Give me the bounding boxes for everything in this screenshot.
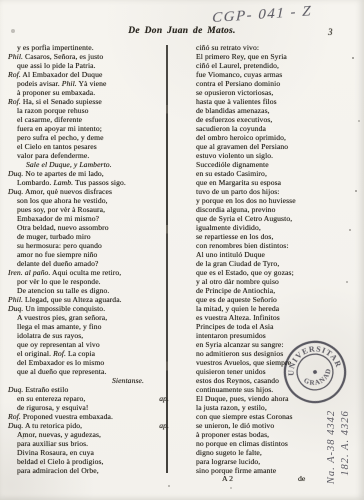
handwritten-side-annotation-1: Na. A-38 4342 [326,391,340,500]
verse-line: su hermosura: pero quando [8,241,170,250]
verse-line: por vèr lo que le responde. [8,277,170,286]
verse-line: se opusieron victoriosas, [196,88,352,97]
verse-line: que oy representan al vivo [8,340,170,349]
verse-line: Duq. Estraño estilo [8,385,170,394]
verse-line: Duq. Un impossible conquisto. [8,304,170,313]
verse-line: igualmente dividido, [196,223,352,232]
running-title: De Don Juan de Matos. [92,26,272,36]
verse-line: valor para defenderme. [8,151,170,160]
verse-line: que al gravamen del Persiano [196,142,352,151]
verse-line: y al otro dàr nombre quiso [196,277,352,286]
verse-line: contra el Persiano dominio [196,79,352,88]
verse-line: hasta que à valientes filos [196,97,352,106]
handwritten-shelfmark: CGP- 041 - Z [212,0,362,27]
verse-line: de esfuerzos executivos, [196,115,352,124]
verse-line: que assi lo pide la Patria. [8,61,170,70]
verse-line: con renombres bien distintos: [196,241,352,250]
verse-line: Lombardo. Lamb. Tus passos sigo. [8,178,170,187]
verse-line: el Cielo en tantos pesares [8,142,170,151]
verse-line: de muger, turbado miro [8,232,170,241]
handwritten-side-annotation-2: 182. A. 4326 [340,387,354,499]
verse-line: fue Viomanco, cuyas armas [196,70,352,79]
verse-line: para admiracion del Orbe, [8,466,170,475]
verse-line: para auxiliar sus brios. [8,439,170,448]
verse-line: pero sufra el pecho, y deme [8,133,170,142]
catchword: de [298,474,305,484]
verse-line: del Embaxador es lo mismo [8,358,170,367]
verse-line: Amor, nuevas, y agudezas, [8,430,170,439]
verse-line: Divina Rosaura, en cuya [8,448,170,457]
verse-line: ciñó el Laurel, pretendido, [196,61,352,70]
verse-line: que de Syria el Cetro Augusto, [196,214,352,223]
verse-line: es vuestra Alteza. Infinitos [196,313,352,322]
verse-line: discordia alguna, previno [196,205,352,214]
column-divider-rule [166,45,168,473]
verse-line: de rigurosa, y esquiva! [8,403,170,412]
verse-line: Al uno intituló Duque [196,250,352,259]
verse-line: A vuestros pies, gran señora, [8,313,170,322]
verse-line: Sientanse. [8,376,170,385]
verse-line: Duq. No te apartes de mi lado, [8,169,170,178]
aside-marker: ap. [159,421,170,430]
verse-line: en su entereza reparo,ap. [8,394,170,403]
verse-line: y porque en los dos no huviesse [196,196,352,205]
verse-line: de la gran Ciudad de Tyro, [196,259,352,268]
verse-line: que al dueño que representa. [8,367,170,376]
gathering-signature: A 2 [222,474,233,484]
verse-line: de Principe de Antiochia, [196,286,352,295]
verse-line: la razon porque rehuso [8,106,170,115]
verse-line: El primero Rey, que en Syria [196,52,352,61]
verse-line: amor no fue siempre niño [8,250,170,259]
verse-line: Phil. Llegad, que su Alteza aguarda. [8,295,170,304]
verse-line: De atencion su talle es digno. [8,286,170,295]
scanned-book-page: CGP- 041 - Z De Don Juan de Matos. 3 y e… [0,0,364,500]
left-text-column: y es porfia impertinente.Phil. Casaros, … [8,43,170,475]
verse-line: que en Margarita su esposa [196,178,352,187]
verse-line: son los que ahora he vestido, [8,196,170,205]
verse-line: llega el mas amante, y fino [8,322,170,331]
page-number: 3 [328,27,333,37]
verse-line: beldad el Cielo à prodigios, [8,457,170,466]
stage-direction: Sale el Duque, y Lamberto. [8,160,170,169]
verse-line: estuvo violento un siglo. [196,151,352,160]
verse-line: y es porfia impertinente. [8,43,170,52]
verse-line: del ombro heroico oprimido, [196,133,352,142]
verse-line: sacudieron la coyunda [196,124,352,133]
verse-line: el original. Rof. La copia [8,349,170,358]
verse-line: Duq. Amor, què nuevos disfraces [8,187,170,196]
verse-line: de blandidas amenazas, [196,106,352,115]
verse-line: Rof. Al Embaxador del Duque [8,70,170,79]
verse-line: Succedióle dignamente [196,160,352,169]
verse-line: fuera en apoyar mi intento; [8,124,170,133]
verse-line: tuvo de un parto dos hijos: [196,187,352,196]
verse-line: idolatra de sus rayos, [8,331,170,340]
verse-line: Phil. Casaros, Señora, es justo [8,52,170,61]
verse-line: en su estado Casimiro, [196,169,352,178]
verse-line: se repartiesse en los dos, [196,232,352,241]
verse-line: Rof. Proponed vuestra embaxada. [8,412,170,421]
verse-line: que es el Estado, que oy gozas; [196,268,352,277]
scan-noise-specks [352,57,354,59]
verse-line: el casarme, diferente [8,115,170,124]
verse-line: que es de aqueste Señorío [196,295,352,304]
verse-line: Rof. Ha, si el Senado supiesse [8,97,170,106]
verse-line: pues soy, por vèr à Rosaura, [8,205,170,214]
verse-line: Duq. A tu retorica pido,ap. [8,421,170,430]
aside-marker: ap. [159,394,170,403]
verse-line: delante del dueño amado? [8,259,170,268]
verse-line: ciñó su retrato vivo: [196,43,352,52]
verse-line: Principes de toda el Asia [196,322,352,331]
verse-line: podeis avisar. Phil. Yà viene [8,79,170,88]
verse-line: Embaxador de mi mismo? [8,214,170,223]
verse-line: Otra beldad, nuevo assombro [8,223,170,232]
verse-line: la mitad, y quien le hereda [196,304,352,313]
verse-line: à proponer su embaxada. [8,88,170,97]
verse-line: Iren. al paño. Aqui oculta me retiro, [8,268,170,277]
